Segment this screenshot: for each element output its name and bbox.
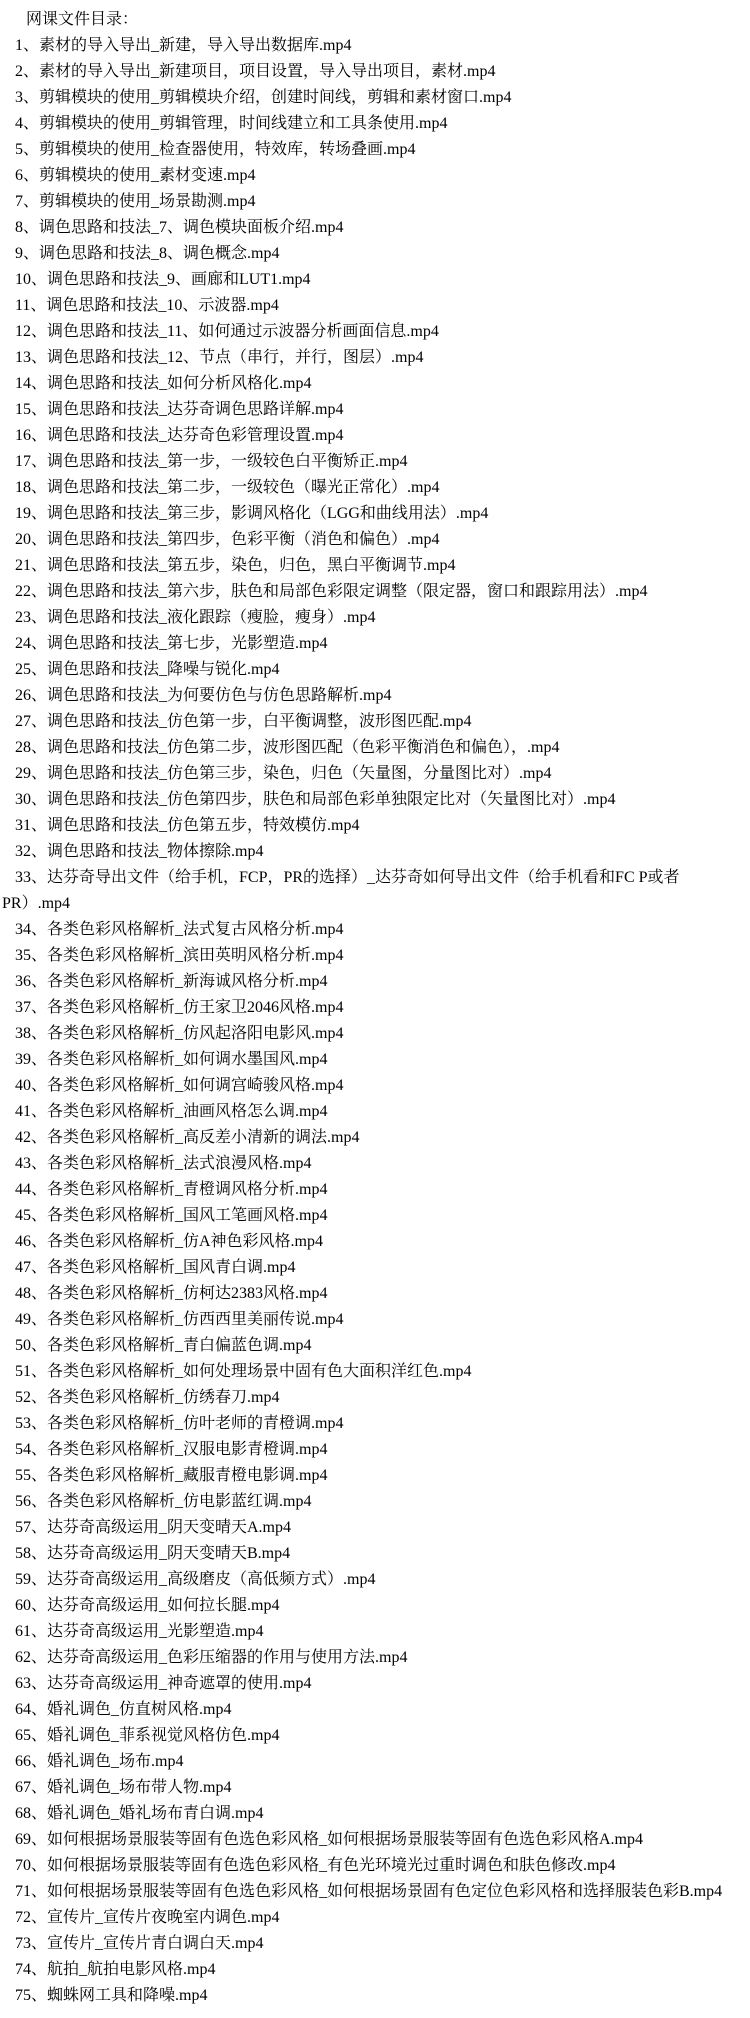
file-list-item: 4、剪辑模块的使用_剪辑管理，时间线建立和工具条使用.mp4 bbox=[2, 111, 750, 137]
file-list-item: 39、各类色彩风格解析_如何调水墨国风.mp4 bbox=[2, 1047, 750, 1073]
file-list-item: 5、剪辑模块的使用_检查器使用，特效库，转场叠画.mp4 bbox=[2, 137, 750, 163]
file-list-item: 20、调色思路和技法_第四步，色彩平衡（消色和偏色）.mp4 bbox=[2, 527, 750, 553]
file-list-item: 70、如何根据场景服装等固有色选色彩风格_有色光环境光过重时调色和肤色修改.mp… bbox=[2, 1853, 750, 1879]
file-list-item: 75、蜘蛛网工具和降噪.mp4 bbox=[2, 1983, 750, 2009]
file-list-item: 48、各类色彩风格解析_仿柯达2383风格.mp4 bbox=[2, 1281, 750, 1307]
file-list-item: 33、达芬奇导出文件（给手机，FCP，PR的选择）_达芬奇如何导出文件（给手机看… bbox=[2, 865, 750, 917]
file-list-item: 60、达芬奇高级运用_如何拉长腿.mp4 bbox=[2, 1593, 750, 1619]
file-list-item: 45、各类色彩风格解析_国风工笔画风格.mp4 bbox=[2, 1203, 750, 1229]
file-list-item: 53、各类色彩风格解析_仿叶老师的青橙调.mp4 bbox=[2, 1411, 750, 1437]
file-list-item: 67、婚礼调色_场布带人物.mp4 bbox=[2, 1775, 750, 1801]
file-list-item: 66、婚礼调色_场布.mp4 bbox=[2, 1749, 750, 1775]
document-title: 网课文件目录： bbox=[2, 7, 750, 33]
file-list-item: 16、调色思路和技法_达芬奇色彩管理设置.mp4 bbox=[2, 423, 750, 449]
file-list-item: 36、各类色彩风格解析_新海诚风格分析.mp4 bbox=[2, 969, 750, 995]
file-list-item: 69、如何根据场景服装等固有色选色彩风格_如何根据场景服装等固有色选色彩风格A.… bbox=[2, 1827, 750, 1853]
file-list-item: 6、剪辑模块的使用_素材变速.mp4 bbox=[2, 163, 750, 189]
file-list-item: 2、素材的导入导出_新建项目，项目设置，导入导出项目，素材.mp4 bbox=[2, 59, 750, 85]
file-list-item: 63、达芬奇高级运用_神奇遮罩的使用.mp4 bbox=[2, 1671, 750, 1697]
file-list-item: 19、调色思路和技法_第三步，影调风格化（LGG和曲线用法）.mp4 bbox=[2, 501, 750, 527]
file-list-item: 54、各类色彩风格解析_汉服电影青橙调.mp4 bbox=[2, 1437, 750, 1463]
file-list-item: 44、各类色彩风格解析_青橙调风格分析.mp4 bbox=[2, 1177, 750, 1203]
file-list-item: 10、调色思路和技法_9、画廊和LUT1.mp4 bbox=[2, 267, 750, 293]
file-list-item: 42、各类色彩风格解析_高反差小清新的调法.mp4 bbox=[2, 1125, 750, 1151]
file-list-item: 7、剪辑模块的使用_场景勘测.mp4 bbox=[2, 189, 750, 215]
course-directory-document: 网课文件目录： 1、素材的导入导出_新建，导入导出数据库.mp42、素材的导入导… bbox=[0, 0, 750, 2018]
file-list-item: 56、各类色彩风格解析_仿电影蓝红调.mp4 bbox=[2, 1489, 750, 1515]
file-list-item: 55、各类色彩风格解析_藏服青橙电影调.mp4 bbox=[2, 1463, 750, 1489]
file-list-item: 1、素材的导入导出_新建，导入导出数据库.mp4 bbox=[2, 33, 750, 59]
file-list-item: 43、各类色彩风格解析_法式浪漫风格.mp4 bbox=[2, 1151, 750, 1177]
file-list-item: 17、调色思路和技法_第一步，一级较色白平衡矫正.mp4 bbox=[2, 449, 750, 475]
file-list-item: 15、调色思路和技法_达芬奇调色思路详解.mp4 bbox=[2, 397, 750, 423]
file-list-item: 21、调色思路和技法_第五步，染色，归色，黑白平衡调节.mp4 bbox=[2, 553, 750, 579]
file-list-item: 59、达芬奇高级运用_高级磨皮（高低频方式）.mp4 bbox=[2, 1567, 750, 1593]
file-list-item: 26、调色思路和技法_为何要仿色与仿色思路解析.mp4 bbox=[2, 683, 750, 709]
file-list-item: 34、各类色彩风格解析_法式复古风格分析.mp4 bbox=[2, 917, 750, 943]
file-list-item: 57、达芬奇高级运用_阴天变晴天A.mp4 bbox=[2, 1515, 750, 1541]
file-list-item: 72、宣传片_宣传片夜晚室内调色.mp4 bbox=[2, 1905, 750, 1931]
file-list-item: 58、达芬奇高级运用_阴天变晴天B.mp4 bbox=[2, 1541, 750, 1567]
file-list-item: 38、各类色彩风格解析_仿风起洛阳电影风.mp4 bbox=[2, 1021, 750, 1047]
file-list-item: 51、各类色彩风格解析_如何处理场景中固有色大面积洋红色.mp4 bbox=[2, 1359, 750, 1385]
file-list-item: 49、各类色彩风格解析_仿西西里美丽传说.mp4 bbox=[2, 1307, 750, 1333]
file-list-item: 52、各类色彩风格解析_仿绣春刀.mp4 bbox=[2, 1385, 750, 1411]
file-list-item: 32、调色思路和技法_物体擦除.mp4 bbox=[2, 839, 750, 865]
file-list-item: 3、剪辑模块的使用_剪辑模块介绍，创建时间线，剪辑和素材窗口.mp4 bbox=[2, 85, 750, 111]
file-list-item: 18、调色思路和技法_第二步，一级较色（曝光正常化）.mp4 bbox=[2, 475, 750, 501]
file-list-item: 24、调色思路和技法_第七步，光影塑造.mp4 bbox=[2, 631, 750, 657]
file-list-item: 65、婚礼调色_菲系视觉风格仿色.mp4 bbox=[2, 1723, 750, 1749]
file-list-item: 30、调色思路和技法_仿色第四步，肤色和局部色彩单独限定比对（矢量图比对）.mp… bbox=[2, 787, 750, 813]
file-list-item: 40、各类色彩风格解析_如何调宫崎骏风格.mp4 bbox=[2, 1073, 750, 1099]
file-list: 1、素材的导入导出_新建，导入导出数据库.mp42、素材的导入导出_新建项目，项… bbox=[2, 33, 750, 2009]
file-list-item: 62、达芬奇高级运用_色彩压缩器的作用与使用方法.mp4 bbox=[2, 1645, 750, 1671]
file-list-item: 22、调色思路和技法_第六步，肤色和局部色彩限定调整（限定器，窗口和跟踪用法）.… bbox=[2, 579, 750, 605]
file-list-item: 46、各类色彩风格解析_仿A神色彩风格.mp4 bbox=[2, 1229, 750, 1255]
file-list-item: 35、各类色彩风格解析_滨田英明风格分析.mp4 bbox=[2, 943, 750, 969]
file-list-item: 47、各类色彩风格解析_国风青白调.mp4 bbox=[2, 1255, 750, 1281]
file-list-item: 64、婚礼调色_仿直树风格.mp4 bbox=[2, 1697, 750, 1723]
file-list-item: 13、调色思路和技法_12、节点（串行，并行，图层）.mp4 bbox=[2, 345, 750, 371]
file-list-item: 11、调色思路和技法_10、示波器.mp4 bbox=[2, 293, 750, 319]
file-list-item: 61、达芬奇高级运用_光影塑造.mp4 bbox=[2, 1619, 750, 1645]
file-list-item: 31、调色思路和技法_仿色第五步，特效模仿.mp4 bbox=[2, 813, 750, 839]
file-list-item: 28、调色思路和技法_仿色第二步，波形图匹配（色彩平衡消色和偏色），.mp4 bbox=[2, 735, 750, 761]
file-list-item: 71、如何根据场景服装等固有色选色彩风格_如何根据场景固有色定位色彩风格和选择服… bbox=[2, 1879, 750, 1905]
file-list-item: 41、各类色彩风格解析_油画风格怎么调.mp4 bbox=[2, 1099, 750, 1125]
file-list-item: 29、调色思路和技法_仿色第三步，染色，归色（矢量图，分量图比对）.mp4 bbox=[2, 761, 750, 787]
file-list-item: 68、婚礼调色_婚礼场布青白调.mp4 bbox=[2, 1801, 750, 1827]
file-list-item: 27、调色思路和技法_仿色第一步，白平衡调整，波形图匹配.mp4 bbox=[2, 709, 750, 735]
file-list-item: 74、航拍_航拍电影风格.mp4 bbox=[2, 1957, 750, 1983]
file-list-item: 73、宣传片_宣传片青白调白天.mp4 bbox=[2, 1931, 750, 1957]
file-list-item: 12、调色思路和技法_11、如何通过示波器分析画面信息.mp4 bbox=[2, 319, 750, 345]
file-list-item: 8、调色思路和技法_7、调色模块面板介绍.mp4 bbox=[2, 215, 750, 241]
file-list-item: 9、调色思路和技法_8、调色概念.mp4 bbox=[2, 241, 750, 267]
file-list-item: 14、调色思路和技法_如何分析风格化.mp4 bbox=[2, 371, 750, 397]
file-list-item: 25、调色思路和技法_降噪与锐化.mp4 bbox=[2, 657, 750, 683]
file-list-item: 50、各类色彩风格解析_青白偏蓝色调.mp4 bbox=[2, 1333, 750, 1359]
file-list-item: 23、调色思路和技法_液化跟踪（瘦脸，瘦身）.mp4 bbox=[2, 605, 750, 631]
file-list-item: 37、各类色彩风格解析_仿王家卫2046风格.mp4 bbox=[2, 995, 750, 1021]
